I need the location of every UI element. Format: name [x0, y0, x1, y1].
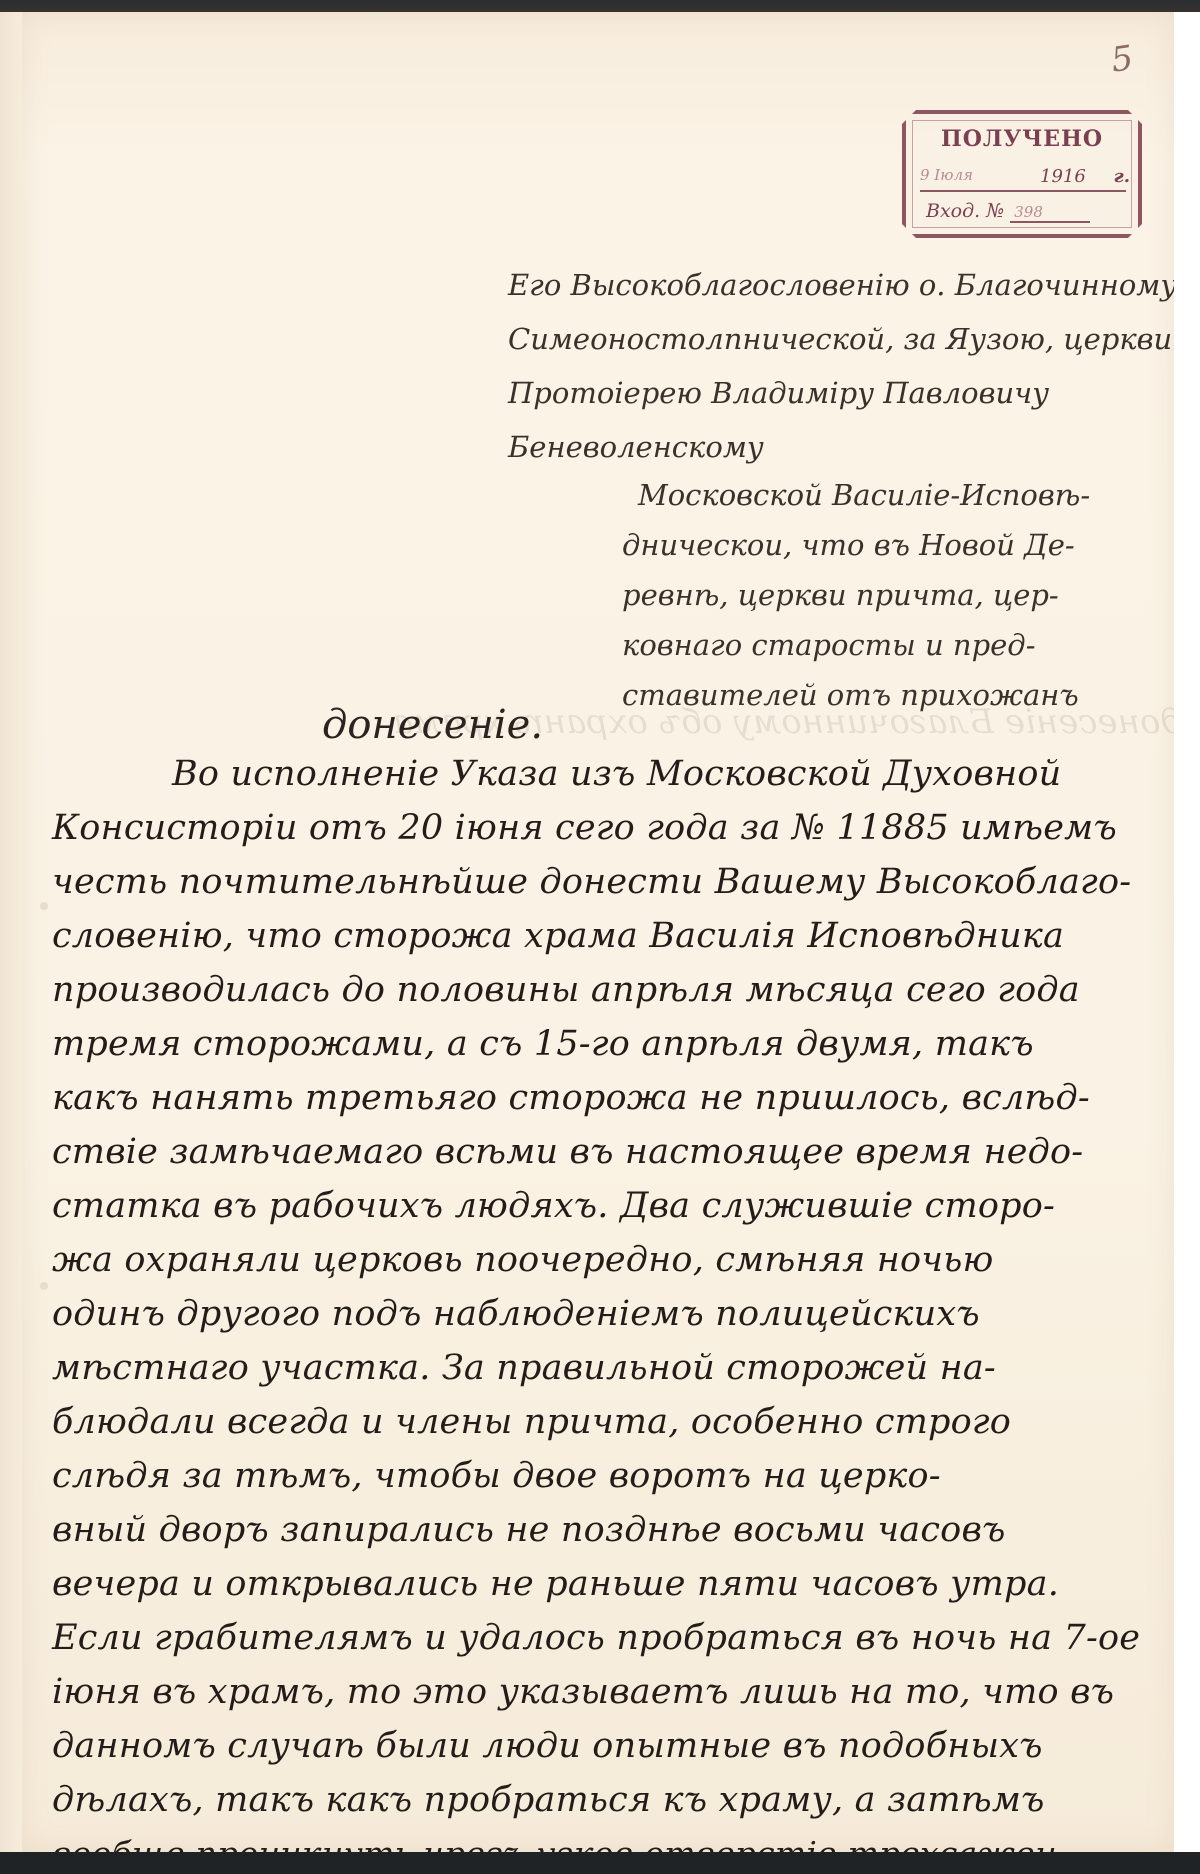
body-line: ствіе замѣчаемаго всѣми въ настоящее вре… [52, 1132, 1083, 1172]
stamp-entry-label: Вход. № [926, 200, 1004, 222]
body-line: данномъ случаѣ были люди опытные въ подо… [52, 1726, 1043, 1766]
stamp-title: ПОЛУЧЕНО [906, 126, 1138, 152]
received-stamp: ПОЛУЧЕНО 9 Іюля 1916 г. Вход. № 398 [902, 110, 1142, 238]
sender-line: ревнѣ, церкви причта, цер- [622, 578, 1059, 612]
stamp-year: 1916 [1040, 166, 1086, 187]
body-line: словенію, что сторожа храма Василія Испо… [52, 916, 1064, 956]
body-line: статка въ рабочихъ людяхъ. Два служившіе… [52, 1186, 1055, 1226]
body-line: іюня въ храмъ, то это указываетъ лишь на… [52, 1672, 1114, 1712]
sender-line: дническои, что въ Новой Де- [622, 528, 1075, 562]
address-line: Протоіерею Владиміру Павловичу [508, 376, 1049, 410]
scan-right-margin [1174, 12, 1200, 1874]
stamp-entry-line: Вход. № 398 [926, 200, 1090, 223]
address-line: Симеоностолпнической, за Яузою, церкви [508, 322, 1172, 356]
body-line: слѣдя за тѣмъ, чтобы двое воротъ на церк… [52, 1456, 941, 1496]
body-line: Если грабителямъ и удалось пробраться въ… [52, 1618, 1140, 1658]
body-line: тремя сторожами, а съ 15-го апрѣля двумя… [52, 1024, 1034, 1064]
stamp-date-line: 9 Іюля 1916 г. [920, 164, 1126, 192]
body-line: какъ нанять третьяго сторожа не пришлось… [52, 1078, 1090, 1118]
body-line: Во исполненіе Указа изъ Московской Духов… [172, 754, 1061, 794]
body-line: одинъ другого подъ наблюденіемъ полицейс… [52, 1294, 980, 1334]
body-line: дѣлахъ, такъ какъ пробраться къ храму, а… [52, 1780, 1045, 1820]
address-line: Его Высокоблагословенію о. Благочинному [508, 268, 1177, 302]
address-line: Беневоленскому [508, 430, 764, 464]
body-line: жа охраняли церковь поочередно, смѣняя н… [52, 1240, 994, 1280]
body-line: честь почтительнѣйше донести Вашему Высо… [52, 862, 1131, 902]
sender-line: ковнаго старосты и пред- [622, 628, 1036, 662]
stamp-year-suffix: г. [1114, 166, 1130, 187]
document-page: 5 ПОЛУЧЕНО 9 Іюля 1916 г. Вход. № 398 Ег… [22, 12, 1176, 1852]
body-line: мѣстнаго участка. За правильной сторожей… [52, 1348, 996, 1388]
binding-hole [40, 902, 48, 910]
body-line: Консисторіи отъ 20 іюня сего года за № 1… [52, 808, 1117, 848]
body-line: вный дворъ запирались не позднѣе восьми … [52, 1510, 1006, 1550]
sender-line: Московской Василіе-Исповѣ- [638, 478, 1090, 512]
stamp-entry-number: 398 [1010, 203, 1090, 223]
folio-number: 5 [1109, 35, 1156, 90]
body-line: вечера и открывались не раньше пяти часо… [52, 1564, 1059, 1604]
binding-hole [40, 1282, 48, 1290]
document-title: донесеніе. [322, 702, 543, 748]
stamp-date-handwritten: 9 Іюля [920, 166, 973, 184]
body-line: блюдали всегда и члены причта, особенно … [52, 1402, 1011, 1442]
scan-bottom-edge [0, 1852, 1200, 1874]
body-line: производилась до половины апрѣля мѣсяца … [52, 970, 1080, 1010]
